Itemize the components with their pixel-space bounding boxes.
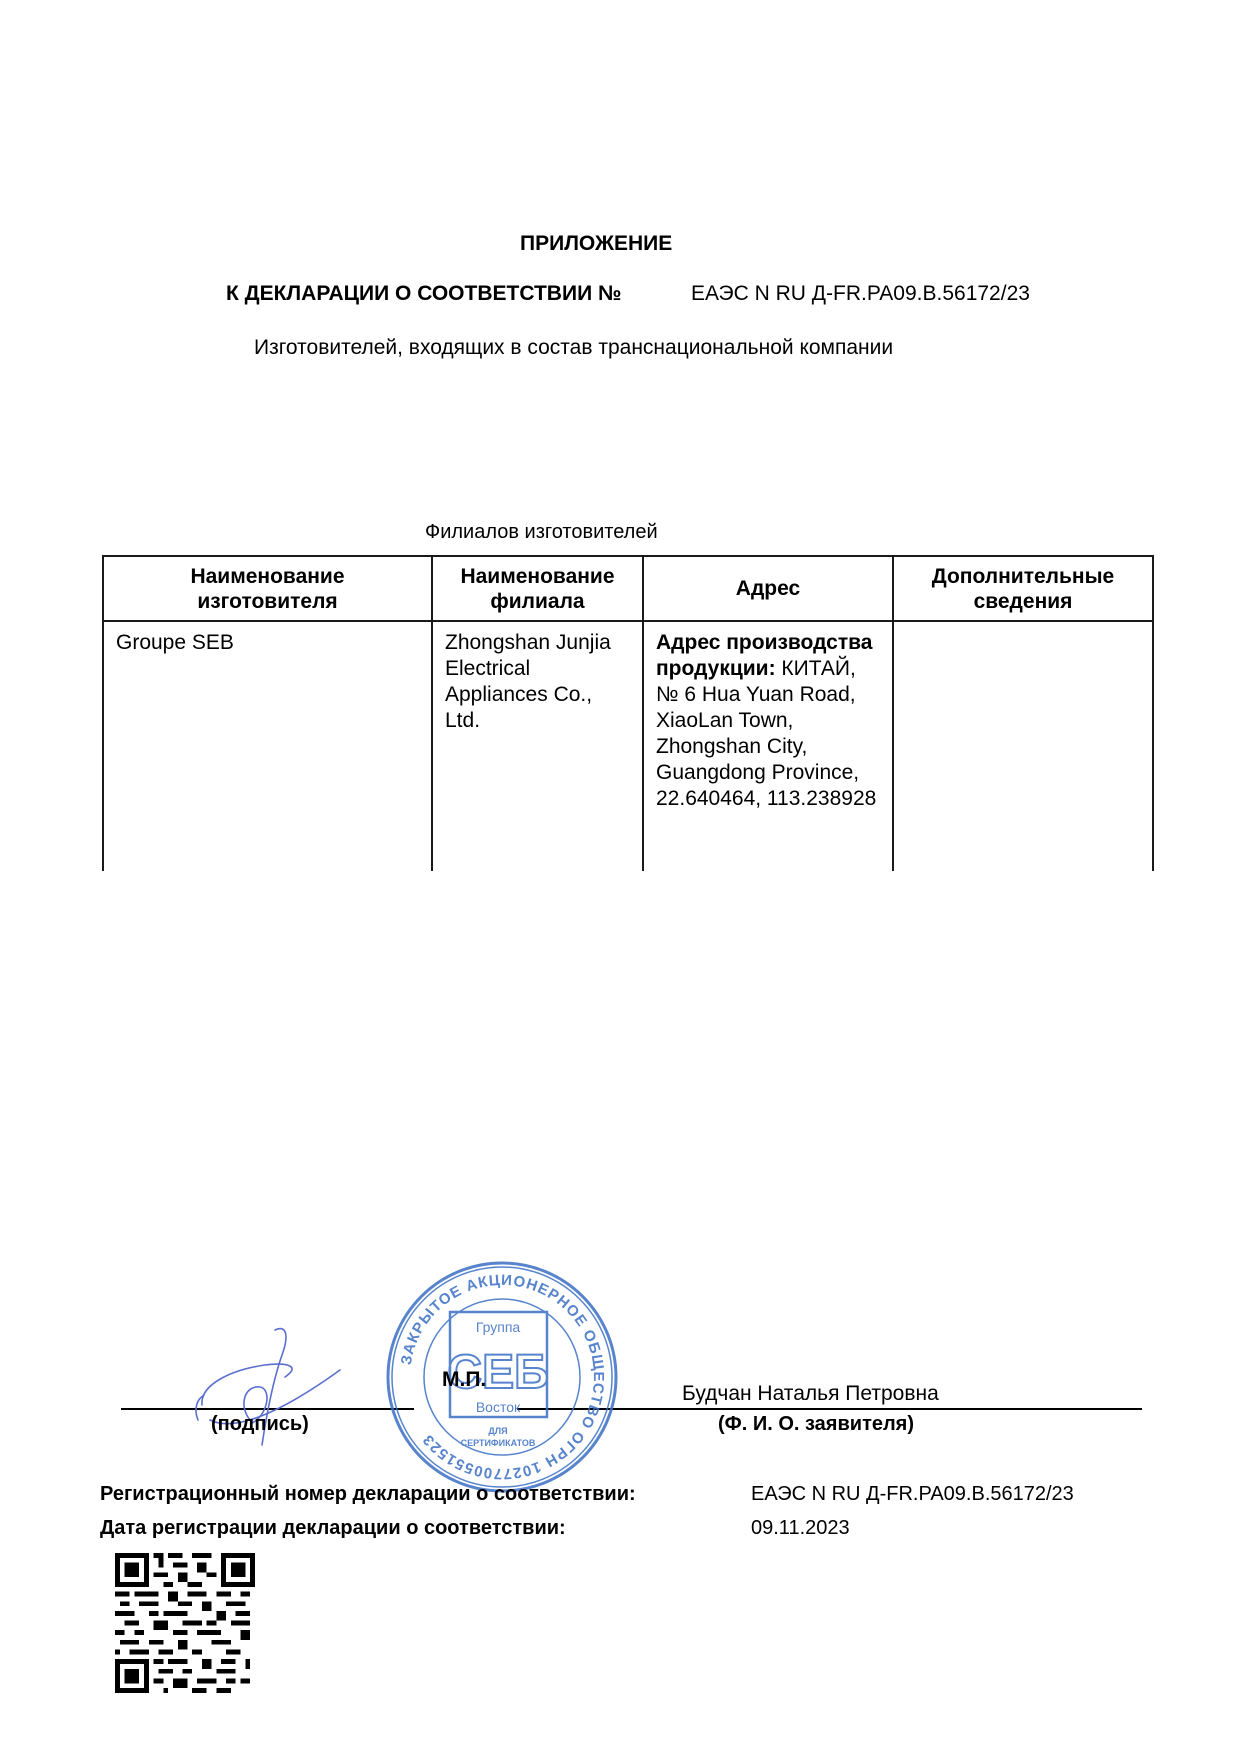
table-header-row: Наименование изготовителя Наименование ф… bbox=[103, 556, 1153, 621]
column-header-address: Адрес bbox=[643, 556, 893, 621]
registration-date-value: 09.11.2023 bbox=[751, 1517, 850, 1540]
branches-table: Наименование изготовителя Наименование ф… bbox=[102, 555, 1154, 871]
applicant-name: Будчан Наталья Петровна bbox=[682, 1382, 939, 1406]
stamp-label: М.П. bbox=[442, 1368, 486, 1392]
table-caption: Филиалов изготовителей bbox=[425, 521, 658, 544]
cell-branch: Zhongshan Junjia Electrical Appliances C… bbox=[432, 621, 643, 871]
svg-text:Восток: Восток bbox=[476, 1399, 521, 1415]
column-header-manufacturer: Наименование изготовителя bbox=[103, 556, 432, 621]
document-subtitle: Изготовителей, входящих в состав трансна… bbox=[254, 336, 893, 360]
table-row: Groupe SEB Zhongshan Junjia Electrical A… bbox=[103, 621, 1153, 871]
cell-additional bbox=[893, 621, 1153, 871]
declaration-number: ЕАЭС N RU Д-FR.PA09.B.56172/23 bbox=[691, 282, 1030, 306]
column-header-additional: Дополнительные сведения bbox=[893, 556, 1153, 621]
company-stamp-icon: ЗАКРЫТОЕ АКЦИОНЕРНОЕ ОБЩЕСТВО ОГРН 10277… bbox=[385, 1260, 619, 1494]
qr-code-icon bbox=[115, 1553, 255, 1693]
registration-number-label: Регистрационный номер декларации о соотв… bbox=[100, 1483, 636, 1506]
declaration-label: К ДЕКЛАРАЦИИ О СООТВЕТСТВИИ № bbox=[226, 282, 621, 306]
svg-text:Группа: Группа bbox=[476, 1319, 521, 1335]
cell-manufacturer: Groupe SEB bbox=[103, 621, 432, 871]
registration-number-value: ЕАЭС N RU Д-FR.PA09.B.56172/23 bbox=[751, 1483, 1074, 1506]
column-header-branch: Наименование филиала bbox=[432, 556, 643, 621]
svg-text:ДЛЯ: ДЛЯ bbox=[488, 1426, 507, 1436]
signature-caption: (подпись) bbox=[211, 1413, 309, 1436]
document-title: ПРИЛОЖЕНИЕ bbox=[520, 232, 672, 256]
cell-address: Адрес производства продукции: КИТАЙ, № 6… bbox=[643, 621, 893, 871]
svg-text:СЕРТИФИКАТОВ: СЕРТИФИКАТОВ bbox=[461, 1438, 536, 1448]
applicant-caption: (Ф. И. О. заявителя) bbox=[718, 1413, 914, 1436]
registration-date-label: Дата регистрации декларации о соответств… bbox=[100, 1517, 566, 1540]
